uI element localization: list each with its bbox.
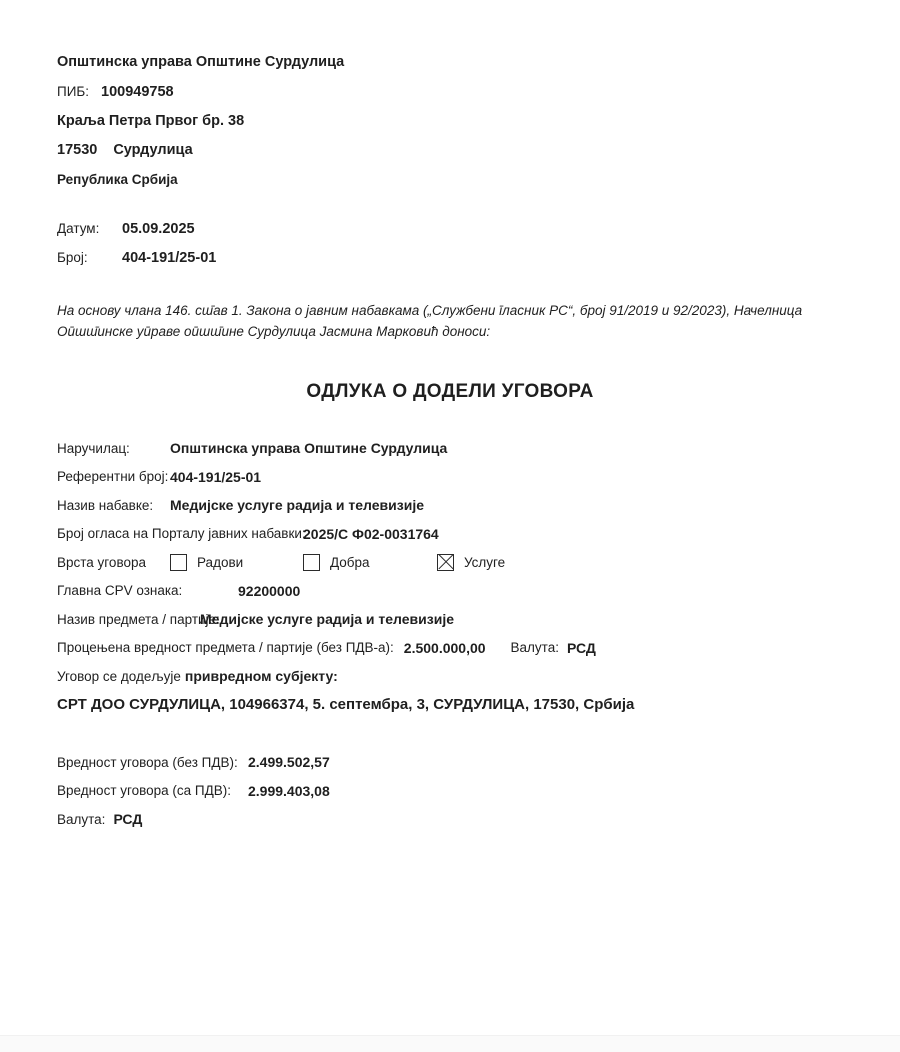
org-name: Општинска управа Општине Сурдулица bbox=[57, 48, 843, 77]
vrednost-bez-pdv-value: 2.499.502,57 bbox=[248, 754, 330, 770]
preamble-line-2: Оӣшш̄инске уӣраве оӣшш̄ине Сурдулица Јас… bbox=[57, 321, 843, 342]
checkbox-radovi-label: Радови bbox=[197, 555, 243, 570]
procenjena-value: 2.500.000,00 bbox=[404, 640, 486, 656]
pib-line: ПИБ:100949758 bbox=[57, 77, 843, 107]
letterhead: Општинска управа Општине Сурдулица ПИБ:1… bbox=[57, 48, 843, 194]
date-row: Датум: 05.09.2025 bbox=[57, 214, 843, 243]
field-row-procenjena-vrednost: Процењена вредност предмета / партије (б… bbox=[57, 634, 843, 663]
cpv-value: 92200000 bbox=[238, 583, 300, 599]
checkbox-option-dobra: Добра bbox=[303, 554, 437, 571]
postal-code: 17530 bbox=[57, 142, 97, 158]
valuta-label: Валута: bbox=[57, 812, 105, 827]
number-value: 404-191/25-01 bbox=[122, 250, 216, 266]
broj-oglasa-label: Број огласа на Порталу јавних набавки: bbox=[57, 526, 303, 541]
field-row-dodela: Уговор се додељује привредном субјекту: bbox=[57, 662, 843, 691]
number-row: Број: 404-191/25-01 bbox=[57, 243, 843, 272]
procenjena-currency-label: Валута: bbox=[511, 640, 559, 655]
checkbox-radovi-icon bbox=[170, 554, 187, 571]
street-line: Краља Петра Првог бр. 38 bbox=[57, 107, 843, 136]
supplier-row: СРТ ДОО СУРДУЛИЦА, 104966374, 5. септемб… bbox=[57, 691, 843, 720]
naziv-predmeta-value: Медијске услуге радија и телевизије bbox=[200, 611, 454, 627]
form-fields: Наручилац: Општинска управа Општине Сурд… bbox=[57, 434, 843, 834]
field-row-cpv: Главна CPV ознака: 92200000 bbox=[57, 577, 843, 606]
decision-title: ОДЛУКА О ДОДЕЛИ УГОВОРА bbox=[57, 382, 843, 402]
checkbox-dobra-icon bbox=[303, 554, 320, 571]
number-label: Број: bbox=[57, 250, 122, 265]
field-row-vrednost-sa-pdv: Вредност уговора (са ПДВ): 2.999.403,08 bbox=[57, 777, 843, 806]
date-value: 05.09.2025 bbox=[122, 221, 195, 237]
postal-line: 17530Сурдулица bbox=[57, 136, 843, 165]
broj-oglasa-value: 2025/С Ф02-0031764 bbox=[303, 526, 439, 542]
preamble-line-1: На основу члана 146. сш̄ав 1. Закона о ј… bbox=[57, 300, 843, 321]
country-line: Република Србија bbox=[57, 165, 843, 194]
checkbox-usluge-label: Услуге bbox=[464, 555, 505, 570]
preamble: На основу члана 146. сш̄ав 1. Закона о ј… bbox=[57, 300, 843, 342]
checkbox-dobra-label: Добра bbox=[330, 555, 370, 570]
checkbox-option-radovi: Радови bbox=[170, 554, 303, 571]
pib-label: ПИБ: bbox=[57, 84, 89, 99]
checkbox-usluge-checked-icon bbox=[437, 554, 454, 571]
vrsta-ugovora-label: Врста уговора bbox=[57, 555, 170, 570]
vrednost-sa-pdv-value: 2.999.403,08 bbox=[248, 783, 330, 799]
field-row-narucilac: Наручилац: Општинска управа Општине Сурд… bbox=[57, 434, 843, 463]
procenjena-currency-value: РСД bbox=[567, 640, 596, 656]
supplier-line: СРТ ДОО СУРДУЛИЦА, 104966374, 5. септемб… bbox=[57, 696, 634, 713]
field-row-vrsta-ugovora: Врста уговора Радови Добра Услуге bbox=[57, 548, 843, 577]
contract-values: Вредност уговора (без ПДВ): 2.499.502,57… bbox=[57, 748, 843, 834]
field-row-broj-oglasa: Број огласа на Порталу јавних набавки: 2… bbox=[57, 520, 843, 549]
city: Сурдулица bbox=[113, 142, 192, 158]
referentni-broj-label: Референтни број: bbox=[57, 469, 170, 484]
dodela-bold: привредном субјекту: bbox=[185, 668, 338, 684]
field-row-naziv-nabavke: Назив набавке: Медијске услуге радија и … bbox=[57, 491, 843, 520]
narucilac-label: Наручилац: bbox=[57, 441, 170, 456]
checkbox-option-usluge: Услуге bbox=[437, 554, 505, 571]
valuta-value: РСД bbox=[113, 811, 142, 827]
date-label: Датум: bbox=[57, 221, 122, 236]
procenjena-label: Процењена вредност предмета / партије (б… bbox=[57, 640, 394, 655]
document-page: Општинска управа Општине Сурдулица ПИБ:1… bbox=[0, 0, 900, 1052]
vrednost-sa-pdv-label: Вредност уговора (са ПДВ): bbox=[57, 783, 248, 798]
field-row-vrednost-bez-pdv: Вредност уговора (без ПДВ): 2.499.502,57 bbox=[57, 748, 843, 777]
narucilac-value: Општинска управа Општине Сурдулица bbox=[170, 440, 447, 456]
field-row-referentni-broj: Референтни број: 404-191/25-01 bbox=[57, 463, 843, 492]
meta-block: Датум: 05.09.2025 Број: 404-191/25-01 bbox=[57, 214, 843, 272]
field-row-naziv-predmeta: Назив предмета / партије: Медијске услуг… bbox=[57, 605, 843, 634]
naziv-nabavke-value: Медијске услуге радија и телевизије bbox=[170, 497, 424, 513]
naziv-predmeta-label: Назив предмета / партије: bbox=[57, 612, 200, 627]
pib-value: 100949758 bbox=[101, 84, 174, 100]
vrednost-bez-pdv-label: Вредност уговора (без ПДВ): bbox=[57, 755, 248, 770]
cpv-label: Главна CPV ознака: bbox=[57, 583, 238, 598]
dodela-prefix: Уговор се додељује bbox=[57, 669, 181, 684]
document-content: Општинска управа Општине Сурдулица ПИБ:1… bbox=[0, 0, 900, 834]
scan-bottom-strip bbox=[0, 1035, 900, 1052]
naziv-nabavke-label: Назив набавке: bbox=[57, 498, 170, 513]
field-row-valuta: Валута: РСД bbox=[57, 805, 843, 834]
referentni-broj-value: 404-191/25-01 bbox=[170, 469, 261, 485]
